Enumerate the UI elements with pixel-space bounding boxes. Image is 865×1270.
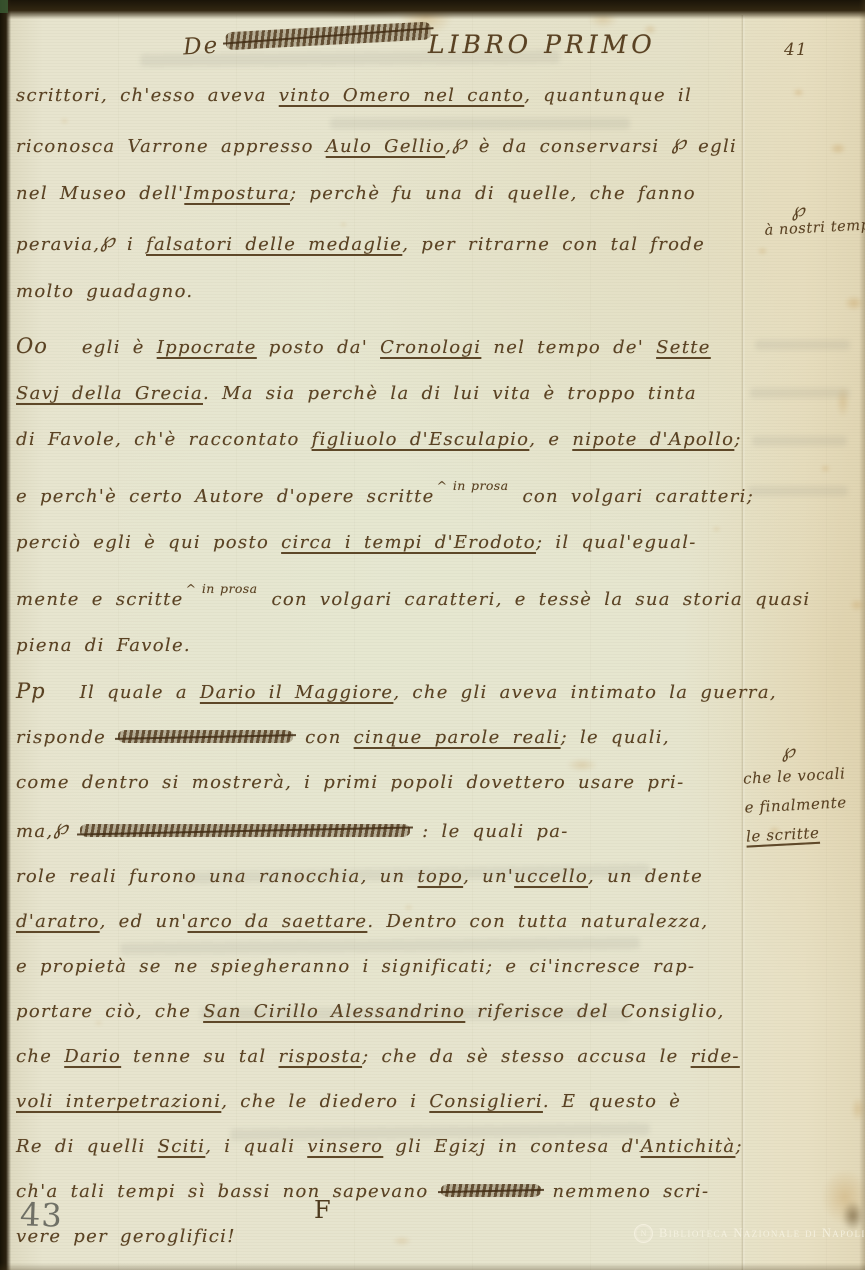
text-segment: portare ciò, che	[16, 1001, 203, 1022]
text-segment: scrittori, ch'esso aveva	[16, 85, 279, 106]
struck-out-title: De	[182, 22, 431, 61]
library-stamp: N Biblioteca Nazionale di Napoli	[634, 1224, 865, 1243]
scribble-strikeout	[226, 22, 432, 51]
text-segment: ; le quali,	[561, 727, 670, 748]
underlined-phrase: Aulo Gellio	[326, 136, 445, 157]
manuscript-line: role reali furono una ranocchia, un topo…	[16, 854, 752, 899]
bleed-through	[755, 340, 850, 350]
text-segment: Il quale a	[80, 682, 200, 703]
margin-note: ℘ che le vocali e finalmente le scritte	[741, 737, 849, 851]
manuscript-line: PpIl quale a Dario il Maggiore, che gli …	[16, 669, 752, 715]
underlined-phrase: ride-	[691, 1046, 740, 1067]
manuscript-line: voli interpetrazioni, che le diedero i C…	[16, 1079, 752, 1124]
manuscript-line: ma,℘ : le quali pa-	[16, 805, 752, 854]
manuscript-line: ch'a tali tempi sì bassi non sapevano ne…	[16, 1169, 752, 1214]
text-segment: che	[16, 1046, 64, 1067]
text-segment: e perch'è certo Autore d'opere scritte	[16, 486, 435, 507]
underlined-phrase: falsatori delle medaglie	[146, 234, 402, 255]
text-segment: , un dente	[588, 866, 703, 887]
text-segment: con volgari caratteri;	[510, 486, 754, 507]
library-stamp-text: Biblioteca Nazionale di Napoli	[659, 1226, 865, 1241]
insertion-mark: ℘	[452, 130, 467, 154]
underlined-phrase: Impostura	[184, 183, 290, 204]
scan-edge-left	[0, 0, 11, 1270]
text-segment: i	[115, 234, 146, 255]
manuscript-line: e perch'è certo Autore d'opere scritte^ …	[16, 463, 752, 520]
text-segment: , e	[529, 429, 572, 450]
text-segment: : le quali pa-	[410, 821, 569, 842]
manuscript-line: di Favole, ch'è raccontato figliuolo d'E…	[16, 417, 752, 463]
text-segment: nel tempo de'	[481, 337, 656, 358]
text-segment: , quantunque il	[524, 85, 692, 106]
underlined-phrase: Cronologi	[380, 337, 481, 358]
manuscript-line: molto guadagno.	[16, 268, 752, 315]
scan-edge-bottom	[0, 1263, 865, 1270]
manuscript-line: riconosca Varrone appresso Aulo Gellio,℘…	[16, 119, 752, 170]
folio-number: 41	[784, 40, 808, 60]
underlined-phrase: uccello	[514, 866, 588, 887]
scribble-strikeout	[118, 730, 293, 743]
manuscript-paragraph: scrittori, ch'esso aveva vinto Omero nel…	[16, 72, 752, 315]
manuscript-line: nel Museo dell'Impostura; perchè fu una …	[16, 170, 752, 217]
underlined-phrase: Antichità	[641, 1136, 736, 1157]
text-segment: tenne su tal	[121, 1046, 278, 1067]
text-segment: mente e scritte	[16, 589, 184, 610]
underlined-phrase: Dario	[64, 1046, 121, 1067]
insertion-mark: ℘	[100, 228, 115, 252]
text-segment: , i quali	[205, 1136, 307, 1157]
manuscript-line: d'aratro, ed un'arco da saettare. Dentro…	[16, 899, 752, 944]
page-title: LIBRO PRIMO	[428, 30, 656, 59]
margin-note: ℘ à nostri tempi	[763, 195, 865, 239]
manuscript-line: mente e scritte^ in prosa con volgari ca…	[16, 566, 752, 623]
manuscript-line: Ooegli è Ippocrate posto da' Cronologi n…	[16, 323, 752, 371]
scan-edge-right	[859, 0, 865, 1270]
manuscript-line: Re di quelli Sciti, i quali vinsero gli …	[16, 1124, 752, 1169]
insertion-mark: ℘	[53, 815, 68, 839]
manuscript-paragraph: PpIl quale a Dario il Maggiore, che gli …	[16, 669, 752, 1259]
underlined-phrase: nipote d'Apollo	[572, 429, 734, 450]
text-segment: nemmeno scri-	[541, 1181, 710, 1202]
text-segment: ; che da sè stesso accusa le	[362, 1046, 691, 1067]
manuscript-paragraph: Ooegli è Ippocrate posto da' Cronologi n…	[16, 323, 752, 669]
underlined-phrase: cinque parole reali	[354, 727, 561, 748]
text-segment: di Favole, ch'è raccontato	[16, 429, 312, 450]
text-segment: riferisce del Consiglio,	[465, 1001, 724, 1022]
text-segment: , che gli aveva intimato la guerra,	[393, 682, 777, 703]
stain	[755, 245, 770, 257]
library-logo-icon: N	[634, 1224, 653, 1243]
text-segment: egli è	[82, 337, 157, 358]
underlined-phrase: figliuolo d'Esculapio	[312, 429, 530, 450]
underlined-phrase: circa i tempi d'Erodoto	[281, 532, 536, 553]
underlined-phrase: Savj della Grecia	[16, 383, 203, 404]
text-segment: ch'a tali tempi sì bassi non sapevano	[16, 1181, 441, 1202]
text-segment: perciò egli è qui posto	[16, 532, 281, 553]
text-segment: Re di quelli	[16, 1136, 158, 1157]
margin-note-line: le scritte	[745, 817, 849, 851]
bleed-through	[748, 486, 848, 496]
text-segment: posto da'	[257, 337, 380, 358]
underlined-phrase: topo	[417, 866, 463, 887]
text-segment	[68, 821, 80, 842]
underlined-phrase: Dario il Maggiore	[200, 682, 393, 703]
text-segment: ; perchè fu una di quelle, che fanno	[290, 183, 696, 204]
text-segment: piena di Favole.	[16, 635, 191, 656]
manuscript-page: De LIBRO PRIMO 41 scrittori, ch'esso ave…	[0, 0, 865, 1270]
scan-corner-artifact	[0, 0, 8, 13]
text-segment: . Dentro con tutta naturalezza,	[367, 911, 708, 932]
margin-note-line: à nostri tempi	[764, 217, 865, 239]
text-segment: è da conservarsi	[467, 136, 672, 157]
text-segment: role reali furono una ranocchia, un	[16, 866, 417, 887]
bleed-through	[750, 388, 850, 398]
interlinear-insertion: ^ in prosa	[437, 478, 509, 493]
manuscript-line: risponde con cinque parole reali; le qua…	[16, 715, 752, 760]
text-segment: . E questo è	[543, 1091, 681, 1112]
text-segment: . Ma sia perchè la di lui vita è troppo …	[203, 383, 697, 404]
text-segment: molto guadagno.	[16, 281, 193, 302]
underlined-phrase: Sette	[656, 337, 711, 358]
manuscript-line: peravia,℘ i falsatori delle medaglie, pe…	[16, 217, 752, 268]
manuscript-line: che Dario tenne su tal risposta; che da …	[16, 1034, 752, 1079]
underlined-phrase: San Cirillo Alessandrino	[203, 1001, 465, 1022]
underlined-phrase: arco da saettare	[188, 911, 368, 932]
scribble-strikeout	[80, 824, 410, 837]
text-segment: come dentro si mostrerà, i primi popoli …	[16, 772, 684, 793]
scan-edge-top	[0, 0, 865, 19]
margin-note-line: e finalmente	[744, 788, 848, 822]
text-segment: , un'	[463, 866, 514, 887]
manuscript-body: scrittori, ch'esso aveva vinto Omero nel…	[16, 72, 752, 1259]
text-segment: , per ritrarne con tal frode	[402, 234, 705, 255]
manuscript-line: perciò egli è qui posto circa i tempi d'…	[16, 520, 752, 566]
manuscript-line: piena di Favole.	[16, 623, 752, 669]
underlined-phrase: d'aratro	[16, 911, 100, 932]
manuscript-line: portare ciò, che San Cirillo Alessandrin…	[16, 989, 752, 1034]
manuscript-line: Savj della Grecia. Ma sia perchè la di l…	[16, 371, 752, 417]
interlinear-insertion: ^ in prosa	[186, 581, 258, 596]
insertion-mark: ℘	[672, 130, 687, 154]
underlined-phrase: Sciti	[158, 1136, 206, 1157]
underlined-phrase: vinsero	[307, 1136, 383, 1157]
text-segment: ; il qual'egual-	[536, 532, 697, 553]
text-segment: e propietà se ne spiegheranno i signific…	[16, 956, 695, 977]
text-segment: ;	[735, 1136, 742, 1157]
text-segment: nel Museo dell'	[16, 183, 184, 204]
text-segment: riconosca Varrone appresso	[16, 136, 326, 157]
scribble-strikeout	[441, 1184, 541, 1197]
stain	[826, 140, 850, 157]
manuscript-line: scrittori, ch'esso aveva vinto Omero nel…	[16, 72, 752, 119]
underlined-phrase: Consiglieri	[429, 1091, 543, 1112]
stain	[790, 86, 807, 99]
text-segment: con volgari caratteri, e tessè la sua st…	[259, 589, 810, 610]
paragraph-mark: Oo	[16, 334, 48, 358]
text-segment: egli	[686, 136, 737, 157]
catchword: F	[314, 1196, 331, 1224]
underlined-phrase: risposta	[279, 1046, 363, 1067]
underlined-phrase: vinto Omero nel canto	[279, 85, 524, 106]
manuscript-line: come dentro si mostrerà, i primi popoli …	[16, 760, 752, 805]
struck-title-text: De	[182, 33, 219, 61]
text-segment: , ed un'	[100, 911, 188, 932]
underlined-phrase: Ippocrate	[157, 337, 257, 358]
manuscript-line: e propietà se ne spiegheranno i signific…	[16, 944, 752, 989]
paragraph-mark: Pp	[16, 679, 46, 703]
text-segment: con	[293, 727, 353, 748]
text-segment: ;	[734, 429, 741, 450]
text-segment: gli Egizj in contesa d'	[383, 1136, 641, 1157]
pencil-folio-number: 43	[19, 1195, 63, 1234]
bleed-through	[752, 436, 847, 446]
stain	[833, 380, 853, 424]
text-segment: , che le diedero i	[221, 1091, 429, 1112]
stain	[818, 462, 833, 475]
text-segment: risponde	[16, 727, 118, 748]
text-segment: ma,	[16, 821, 53, 842]
text-segment: peravia,	[16, 234, 100, 255]
underlined-phrase: voli interpetrazioni	[16, 1091, 221, 1112]
